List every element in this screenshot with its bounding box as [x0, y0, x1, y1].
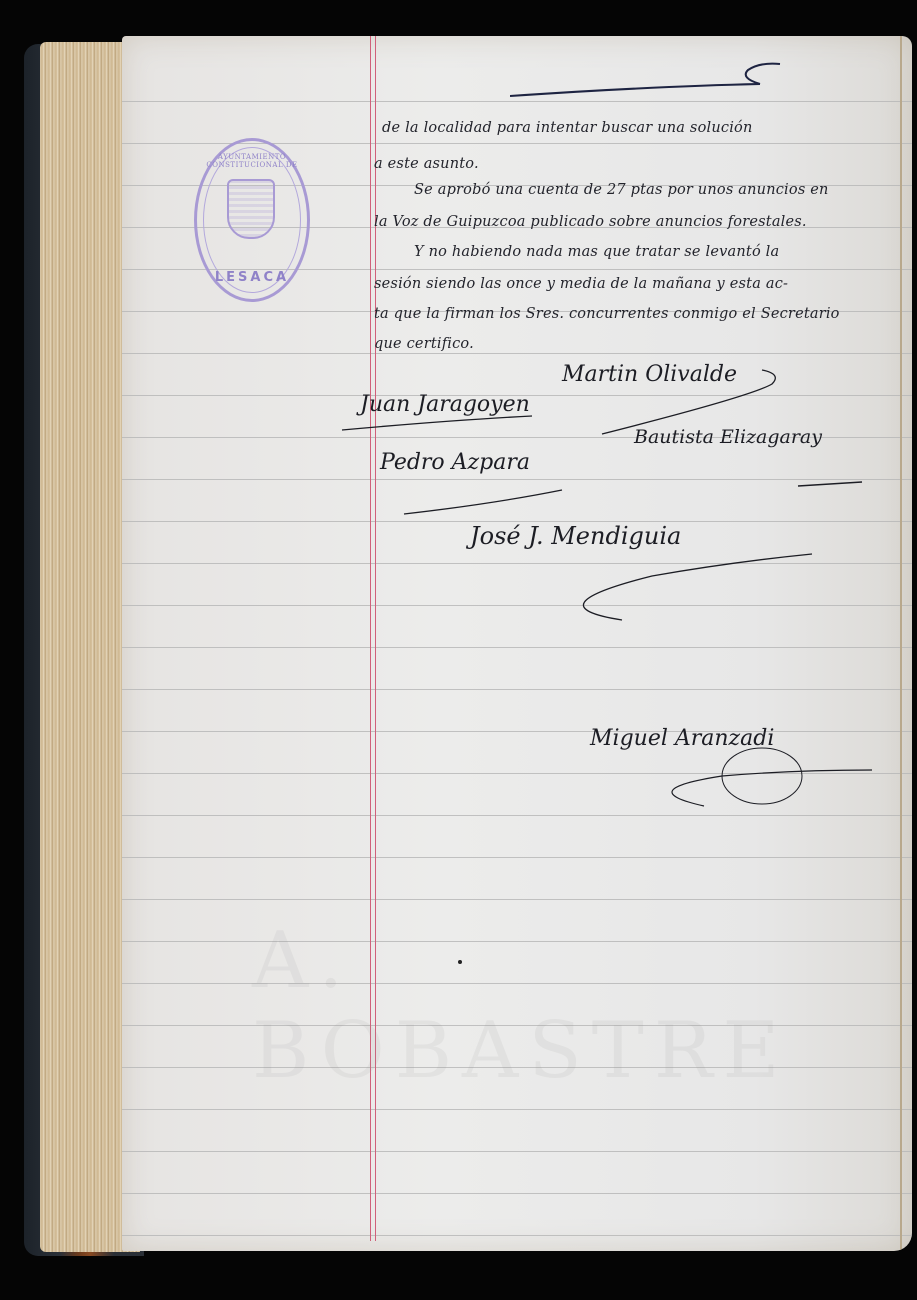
body-line-5: Y no habiendo nada mas que tratar se lev…: [414, 244, 779, 260]
faint-watermark: A. BOBASTRE: [252, 916, 912, 1096]
body-line-6: sesión siendo las once y media de la mañ…: [374, 276, 788, 292]
body-line-4: la Voz de Guipuzcoa publicado sobre anun…: [374, 214, 807, 230]
municipal-stamp: AYUNTAMIENTO CONSTITUCIONAL DE LESACA: [194, 138, 310, 302]
body-line-2: a este asunto.: [374, 156, 479, 172]
stamp-town-name: LESACA: [197, 270, 307, 285]
body-line-7: ta que la firman los Sres. concurrentes …: [374, 306, 840, 322]
coat-of-arms-icon: [227, 179, 275, 239]
stamp-top-text: AYUNTAMIENTO CONSTITUCIONAL DE: [197, 153, 307, 169]
ink-dot: [458, 960, 462, 964]
body-line-8: que certifico.: [374, 336, 474, 352]
page-marker-flourish: [510, 50, 810, 100]
ledger-page: A. BOBASTRE AYUNTAMIENTO CONSTITUCIONAL …: [122, 36, 912, 1251]
body-line-3: Se aprobó una cuenta de 27 ptas por unos…: [414, 182, 829, 198]
signature-flourishes: [332, 366, 892, 816]
body-line-1: de la localidad para intentar buscar una…: [382, 120, 753, 136]
